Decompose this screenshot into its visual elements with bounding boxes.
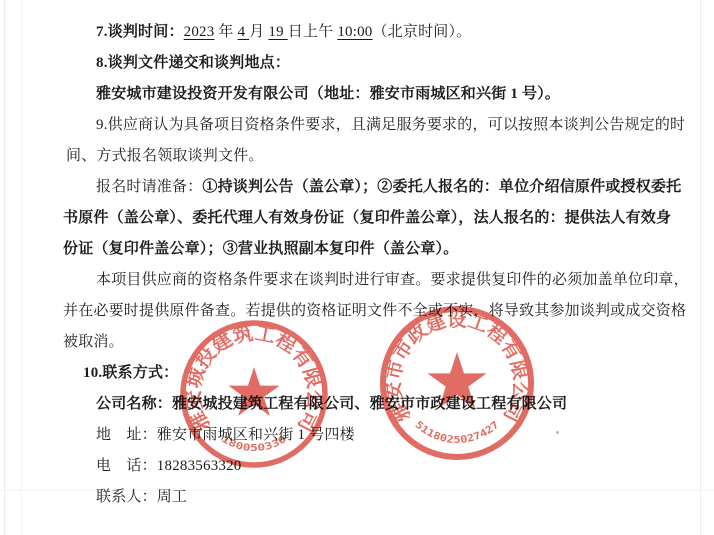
text-segment: 月 (249, 24, 268, 40)
text-segment: 份证（复印件盖公章）；③营业执照副本复印件（盖公章）。 (63, 241, 458, 257)
text-line: 10.联系方式： (83, 361, 178, 385)
seal-number: 5118025027427 (412, 419, 501, 445)
document-page: 7.谈判时间：2023 年 4 月 19 日上午 10:00（北京时间）。8.谈… (0, 0, 714, 535)
text-line: 联系人：周工 (96, 485, 187, 509)
text-segment: 10:00 (337, 24, 372, 40)
text-segment: 联系人：周工 (96, 489, 187, 505)
text-segment: 本项目供应商的资格条件要求在谈判时进行审查。要求提供复印件的必须加盖单位印章， (96, 272, 689, 288)
text-line: 7.谈判时间：2023 年 4 月 19 日上午 10:00（北京时间）。 (96, 20, 471, 44)
text-segment: 10.联系方式： (83, 365, 178, 381)
seal-number: 180050330 (219, 434, 289, 454)
star-icon (428, 352, 487, 408)
scan-speck (556, 431, 559, 434)
official-seal-left: 雅安城投建筑工程有限公司 180050330 (174, 314, 334, 474)
text-line: 本项目供应商的资格条件要求在谈判时进行审查。要求提供复印件的必须加盖单位印章， (96, 268, 689, 292)
text-segment: （北京时间）。 (372, 24, 471, 40)
official-seal-right: 雅安市市政建设工程有限公司 5118025027427 (375, 301, 539, 465)
text-segment: 日上午 (288, 24, 338, 40)
scan-edge-line (21, 0, 22, 535)
text-segment: 19 (268, 24, 287, 40)
text-segment: 9.供应商认为具备项目资格条件要求，且满足服务要求的，可以按照本谈判公告规定的时 (96, 117, 685, 133)
text-line: 被取消。 (63, 330, 124, 354)
scan-edge-line (700, 0, 701, 535)
text-segment: 7.谈判时间： (96, 24, 184, 40)
text-segment: 年 (214, 24, 237, 40)
text-line: 8.谈判文件递交和谈判地点： (96, 51, 290, 75)
text-line: 报名时请准备：①持谈判公告（盖公章）；②委托人报名的：单位介绍信原件或授权委托 (96, 175, 681, 199)
text-segment: 8.谈判文件递交和谈判地点： (96, 55, 290, 71)
text-line: 书原件（盖公章）、委托代理人有效身份证（复印件盖公章），法人报名的：提供法人有效… (63, 206, 671, 230)
text-segment: 4 (238, 24, 250, 40)
text-line: 9.供应商认为具备项目资格条件要求，且满足服务要求的，可以按照本谈判公告规定的时 (96, 113, 685, 137)
text-segment: 雅安城市建设投资开发有限公司（地址：雅安市雨城区和兴街 1 号）。 (96, 86, 560, 102)
text-segment: ①持谈判公告（盖公章）；②委托人报名的：单位介绍信原件或授权委托 (202, 179, 681, 195)
text-segment: 2023 (184, 24, 215, 40)
text-segment: 书原件（盖公章）、委托代理人有效身份证（复印件盖公章），法人报名的：提供法人有效… (63, 210, 671, 226)
text-line: 雅安城市建设投资开发有限公司（地址：雅安市雨城区和兴街 1 号）。 (96, 82, 560, 106)
text-segment: 报名时请准备： (96, 179, 202, 195)
text-line: 间、方式报名领取谈判文件。 (66, 144, 264, 168)
star-icon (228, 367, 279, 416)
text-segment: 被取消。 (63, 334, 124, 350)
text-segment: 间、方式报名领取谈判文件。 (66, 148, 264, 164)
text-line: 份证（复印件盖公章）；③营业执照副本复印件（盖公章）。 (63, 237, 458, 261)
scan-edge-line (4, 0, 5, 535)
